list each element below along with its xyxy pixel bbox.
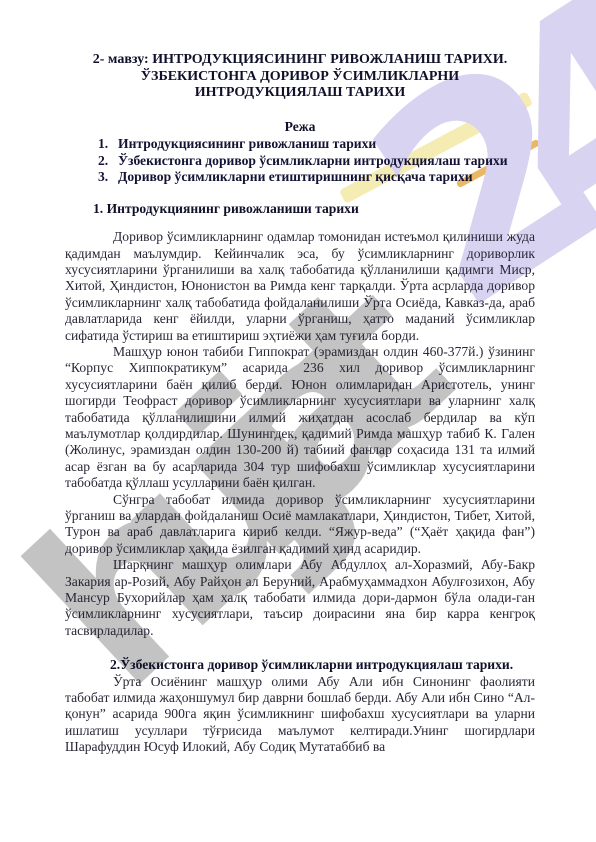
document-content: 2- мавзу: ИНТРОДУКЦИЯСИНИНГ РИВОЖЛАНИШ Т… bbox=[65, 52, 535, 756]
plan-item-number: 1. bbox=[98, 136, 118, 153]
paragraph: Ўрта Осиёнинг машҳур олими Абу Али ибн С… bbox=[65, 674, 535, 756]
plan-item-text: Доривор ўсимликларни етиштиришнинг қисқа… bbox=[118, 169, 473, 186]
document-page: hujjat 24 2- мавзу: ИНТРОДУКЦИЯСИНИНГ РИ… bbox=[0, 0, 596, 842]
plan-item-text: Ўзбекистонга доривор ўсимликларни интрод… bbox=[118, 153, 508, 170]
paragraph: Доривор ўсимликларнинг одамлар томонидан… bbox=[65, 229, 535, 344]
plan-header: Режа bbox=[65, 119, 535, 135]
plan-item: 2. Ўзбекистонга доривор ўсимликларни инт… bbox=[65, 153, 535, 170]
section-1-heading: 1. Интродукциянинг ривожланиши тарихи bbox=[65, 201, 535, 217]
paragraph: Машҳур юнон табиби Гиппократ (эрамиздан … bbox=[65, 344, 535, 492]
plan-item-number: 2. bbox=[98, 153, 118, 170]
page-title-line-2: ЎЗБЕКИСТОНГА ДОРИВОР ЎСИМЛИКЛАРНИ bbox=[65, 69, 535, 86]
page-title-line-3: ИНТРОДУКЦИЯЛАШ ТАРИХИ bbox=[65, 85, 535, 102]
plan-item-number: 3. bbox=[98, 169, 118, 186]
paragraph: Шарқнинг машҳур олимлари Абу Абдуллоҳ ал… bbox=[65, 557, 535, 639]
page-title-line-1: 2- мавзу: ИНТРОДУКЦИЯСИНИНГ РИВОЖЛАНИШ Т… bbox=[65, 52, 535, 69]
plan-list: 1. Интродукциясининг ривожланиш тарихи 2… bbox=[65, 136, 535, 186]
plan-item-text: Интродукциясининг ривожланиш тарихи bbox=[118, 136, 376, 153]
plan-item: 3. Доривор ўсимликларни етиштиришнинг қи… bbox=[65, 169, 535, 186]
plan-item: 1. Интродукциясининг ривожланиш тарихи bbox=[65, 136, 535, 153]
paragraph: Сўнгра табобат илмида доривор ўсимликлар… bbox=[65, 492, 535, 558]
page-title: 2- мавзу: ИНТРОДУКЦИЯСИНИНГ РИВОЖЛАНИШ Т… bbox=[65, 52, 535, 102]
section-2-heading: 2.Ўзбекистонга доривор ўсимликларни интр… bbox=[65, 657, 535, 673]
